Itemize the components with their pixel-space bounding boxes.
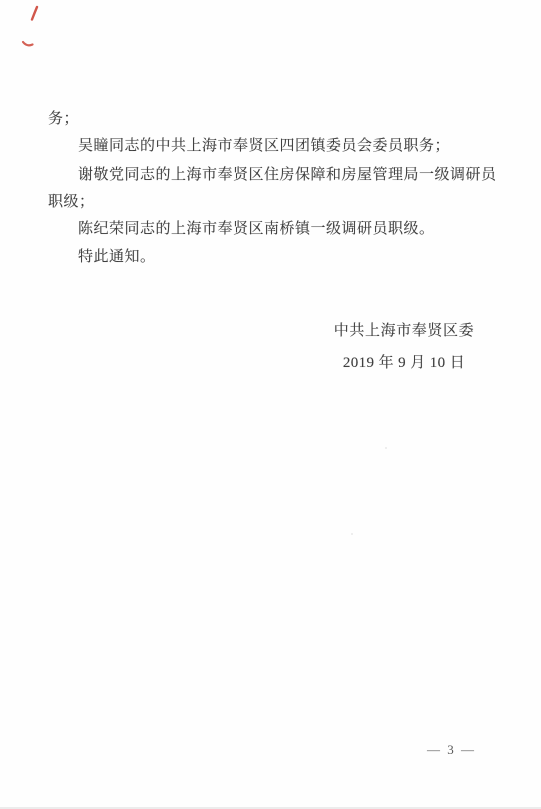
page-number: — 3 — <box>427 742 476 758</box>
scan-speckle <box>351 533 353 535</box>
red-ink-marks <box>0 0 60 60</box>
body-line-continuation-2: 职级； <box>48 190 95 211</box>
signature-date: 2019 年 9 月 10 日 <box>316 351 492 372</box>
body-line-chenjirong: 陈纪荣同志的上海市奉贤区南桥镇一级调研员职级。 <box>78 217 435 238</box>
scan-speckle <box>385 447 387 449</box>
body-line-continuation-1: 务； <box>48 107 79 128</box>
red-ink-mark-2 <box>23 42 33 45</box>
red-ink-mark-1 <box>32 7 37 20</box>
signature-org: 中共上海市奉贤区委 <box>316 319 492 340</box>
body-line-wutong: 吴瞳同志的中共上海市奉贤区四团镇委员会委员职务； <box>78 134 450 155</box>
body-line-notice-closing: 特此通知。 <box>78 245 156 266</box>
scanned-document-page: 务； 吴瞳同志的中共上海市奉贤区四团镇委员会委员职务； 谢敬党同志的上海市奉贤区… <box>0 0 541 809</box>
body-line-xiejingdang: 谢敬党同志的上海市奉贤区住房保障和房屋管理局一级调研员 <box>78 163 497 184</box>
signature-block: 中共上海市奉贤区委 2019 年 9 月 10 日 <box>316 319 492 372</box>
